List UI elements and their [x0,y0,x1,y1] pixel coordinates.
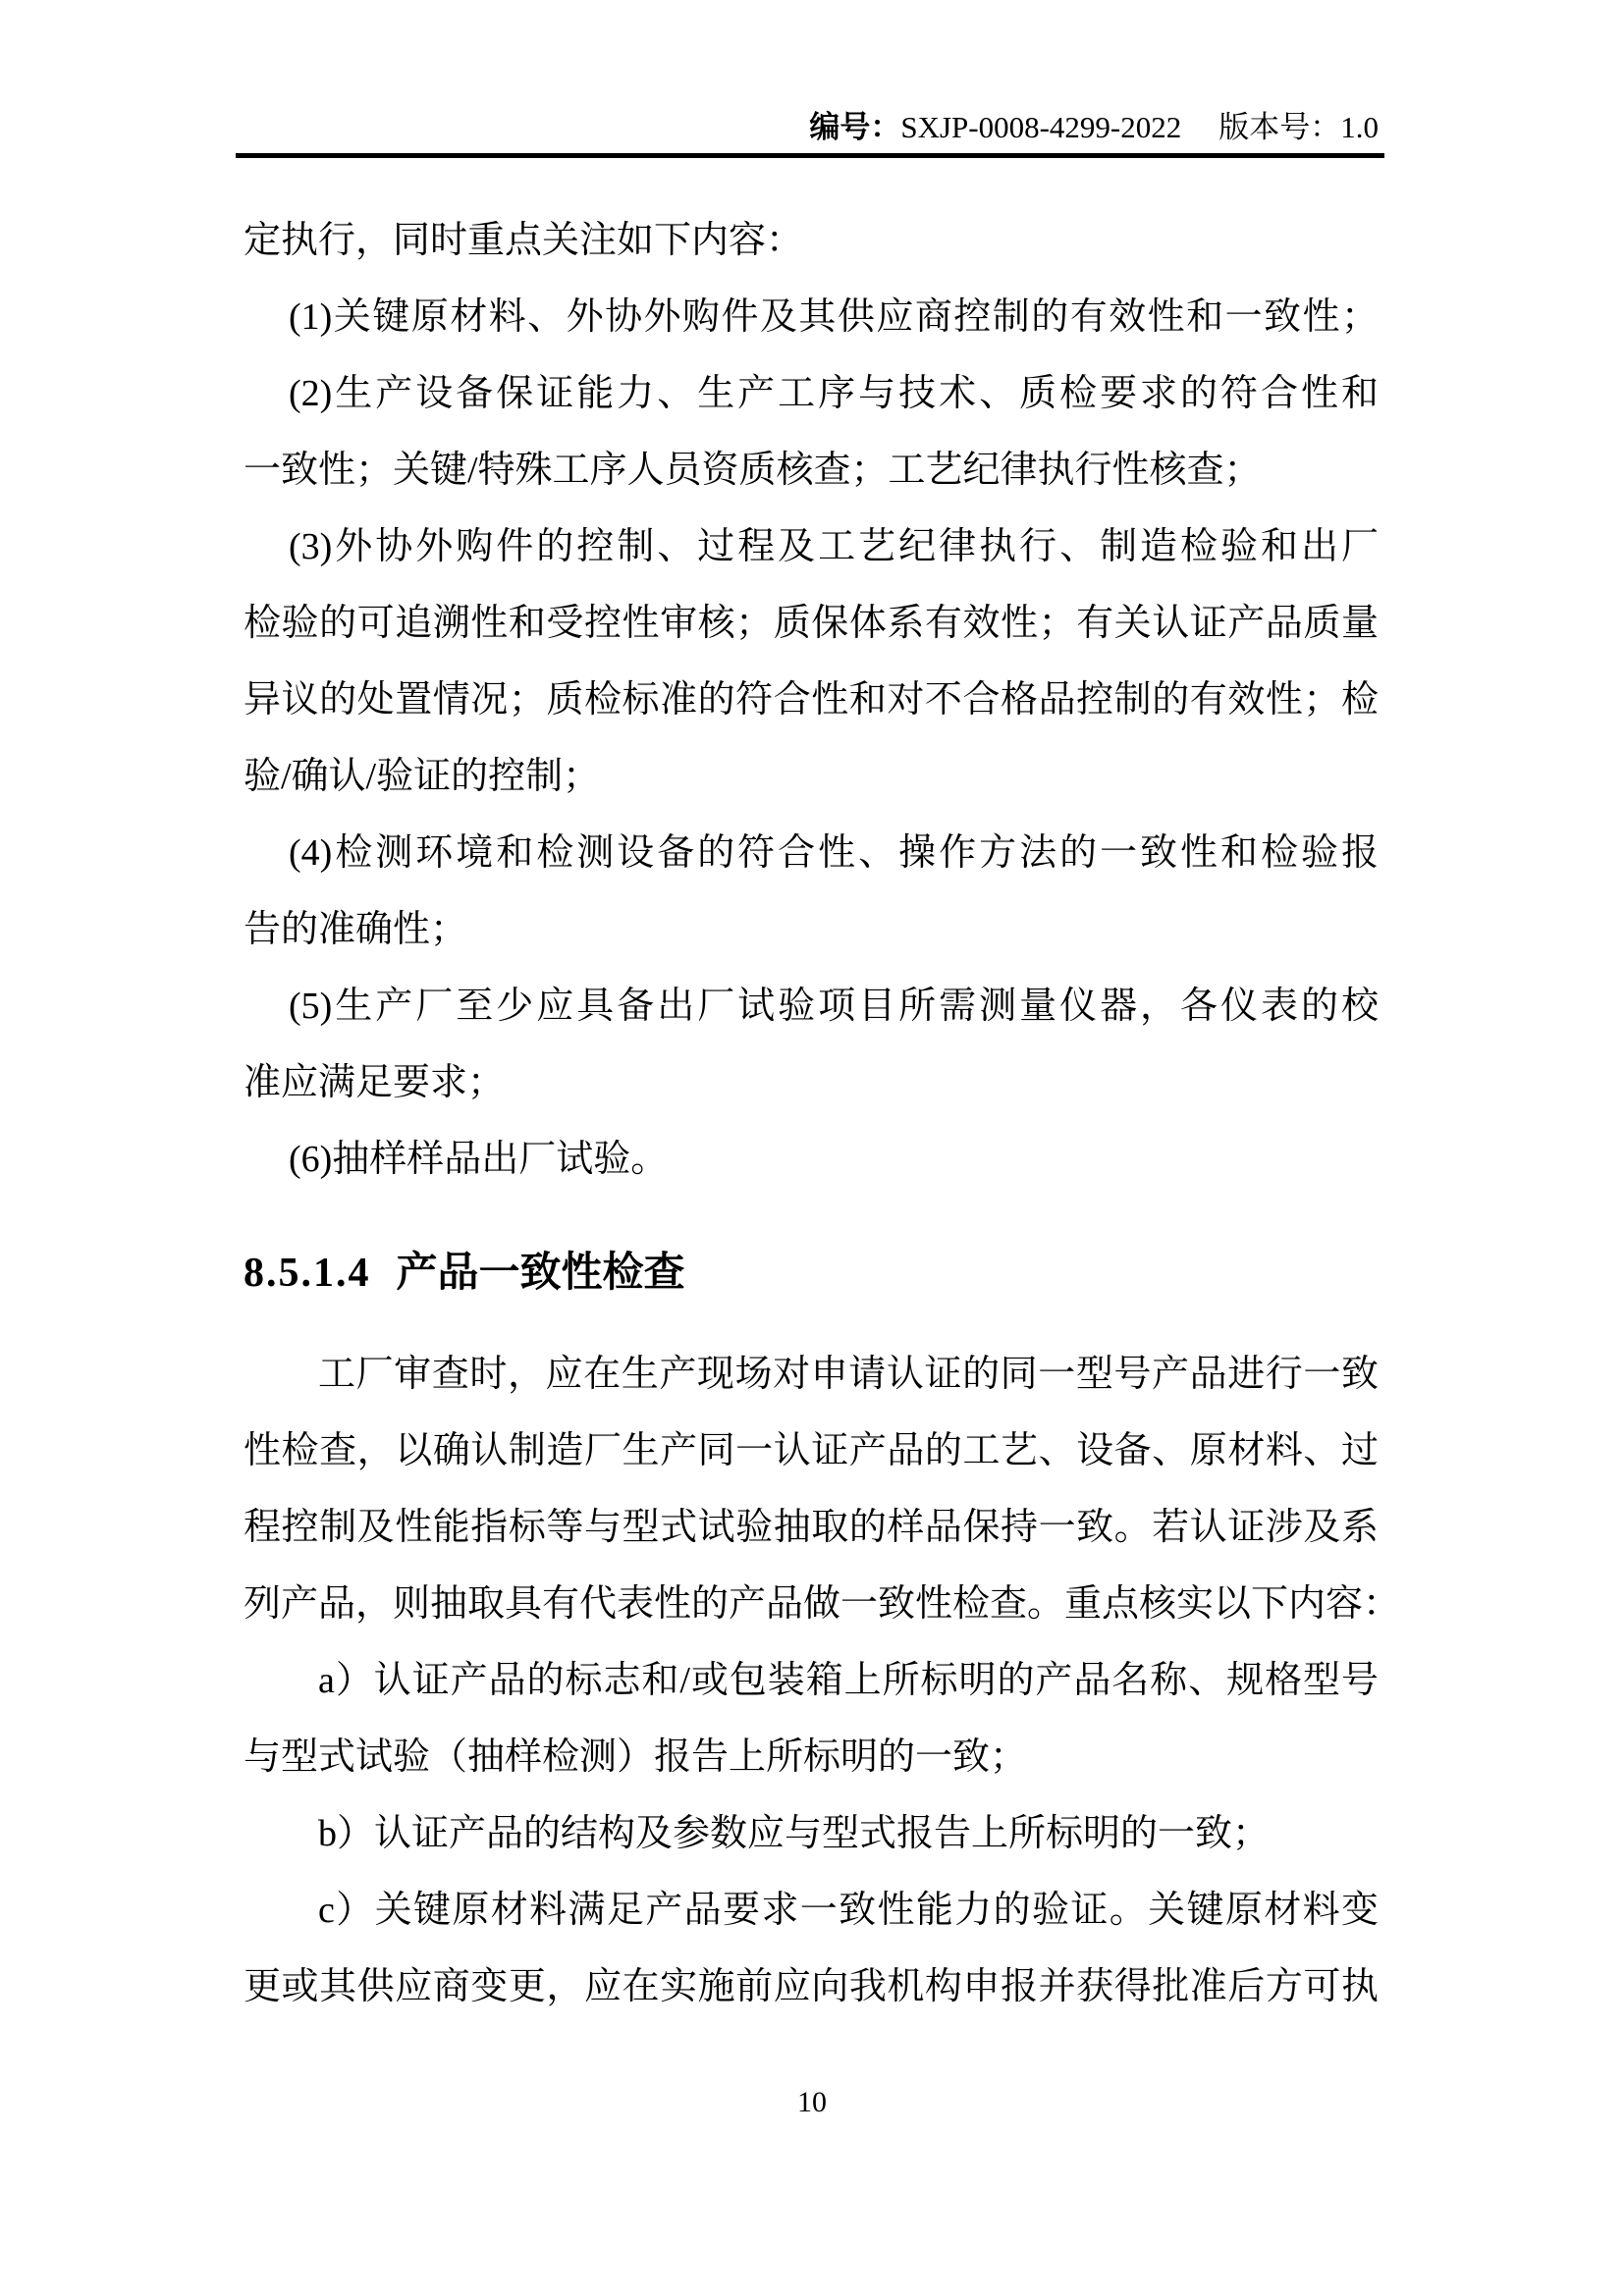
text-line: 与型式试验（抽样检测）报告上所标明的一致； [244,1719,1379,1795]
paragraph: (6)抽样样品出厂试验。 [244,1121,1379,1198]
text-line: (3)外协外购件的控制、过程及工艺纪律执行、制造检验和出厂 [244,508,1379,585]
text-line: 定执行，同时重点关注如下内容： [244,202,1379,279]
text-line: c）关键原材料满足产品要求一致性能力的验证。关键原材料变 [244,1872,1379,1949]
text-line: 一致性；关键/特殊工序人员资质核查；工艺纪律执行性核查； [244,432,1379,508]
page-number: 10 [797,2086,827,2118]
paragraph: a）认证产品的标志和/或包装箱上所标明的产品名称、规格型号 与型式试验（抽样检测… [244,1642,1379,1795]
text-line: (1)关键原材料、外协外购件及其供应商控制的有效性和一致性； [244,279,1379,355]
header-rule [236,153,1384,158]
doc-reference-line: 编号：SXJP-0008-4299-2022版本号：1.0 [809,106,1379,149]
text-line: 异议的处置情况；质检标准的符合性和对不合格品控制的有效性；检 [244,662,1379,738]
text-line: 准应满足要求； [244,1044,1379,1121]
text-line: 告的准确性； [244,891,1379,968]
version-label: 版本号： [1218,110,1340,144]
text-line: 检验的可追溯性和受控性审核；质保体系有效性；有关认证产品质量 [244,585,1379,662]
text-line: a）认证产品的标志和/或包装箱上所标明的产品名称、规格型号 [244,1642,1379,1719]
paragraph: (2)生产设备保证能力、生产工序与技术、质检要求的符合性和 一致性；关键/特殊工… [244,355,1379,508]
section-heading: 8.5.1.4产品一致性检查 [244,1234,1379,1312]
doc-number-label: 编号： [809,110,900,144]
section-title: 产品一致性检查 [397,1251,685,1296]
text-line: b）认证产品的结构及参数应与型式报告上所标明的一致； [244,1795,1379,1872]
page-footer: 10 [0,2083,1624,2122]
paragraph: 定执行，同时重点关注如下内容： [244,202,1379,279]
text-line: (2)生产设备保证能力、生产工序与技术、质检要求的符合性和 [244,355,1379,432]
paragraph: (1)关键原材料、外协外购件及其供应商控制的有效性和一致性； [244,279,1379,355]
text-line: 验/确认/验证的控制； [244,738,1379,815]
paragraph: b）认证产品的结构及参数应与型式报告上所标明的一致； [244,1795,1379,1872]
paragraph: (3)外协外购件的控制、过程及工艺纪律执行、制造检验和出厂 检验的可追溯性和受控… [244,508,1379,815]
section-number: 8.5.1.4 [244,1251,371,1296]
document-page: 编号：SXJP-0008-4299-2022版本号：1.0 定执行，同时重点关注… [0,0,1624,2296]
text-line: 性检查，以确认制造厂生产同一认证产品的工艺、设备、原材料、过 [244,1413,1379,1489]
version-value: 1.0 [1340,110,1379,144]
document-body: 定执行，同时重点关注如下内容： (1)关键原材料、外协外购件及其供应商控制的有效… [244,202,1379,2025]
paragraph: (5)生产厂至少应具备出厂试验项目所需测量仪器，各仪表的校 准应满足要求； [244,968,1379,1121]
text-line: 列产品，则抽取具有代表性的产品做一致性检查。重点核实以下内容： [244,1566,1379,1642]
paragraph: 工厂审查时，应在生产现场对申请认证的同一型号产品进行一致 性检查，以确认制造厂生… [244,1336,1379,1642]
paragraph: c）关键原材料满足产品要求一致性能力的验证。关键原材料变 更或其供应商变更，应在… [244,1872,1379,2025]
text-line: 工厂审查时，应在生产现场对申请认证的同一型号产品进行一致 [244,1336,1379,1413]
text-line: (5)生产厂至少应具备出厂试验项目所需测量仪器，各仪表的校 [244,968,1379,1044]
paragraph: (4)检测环境和检测设备的符合性、操作方法的一致性和检验报 告的准确性； [244,815,1379,968]
text-line: (6)抽样样品出厂试验。 [244,1121,1379,1198]
text-line: (4)检测环境和检测设备的符合性、操作方法的一致性和检验报 [244,815,1379,891]
text-line: 更或其供应商变更，应在实施前应向我机构申报并获得批准后方可执 [244,1949,1379,2025]
text-line: 程控制及性能指标等与型式试验抽取的样品保持一致。若认证涉及系 [244,1489,1379,1566]
doc-number-value: SXJP-0008-4299-2022 [900,110,1181,144]
